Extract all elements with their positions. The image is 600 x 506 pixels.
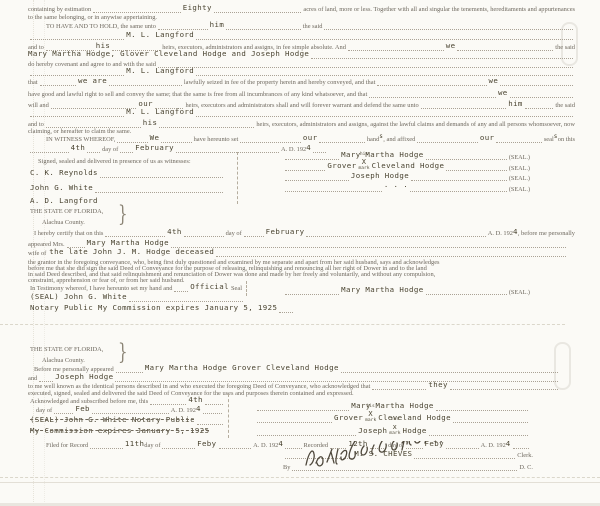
fold-crease (0, 324, 565, 325)
column-divider (246, 281, 247, 296)
typed-grantee-name: M. L. Langford (126, 67, 194, 75)
typed-signature: Hodge (402, 427, 426, 435)
typed-fill: We (150, 134, 160, 142)
state-heading: THE STATE OF FLORIDA, (30, 346, 103, 354)
printed-text: day of (226, 230, 242, 238)
column-divider (228, 394, 229, 438)
typed-name: Mary Martha Hodge (87, 239, 169, 247)
form-line: Notary Public My Commission expires Janu… (30, 304, 295, 314)
typed-grantee-name: M. L. Langford (126, 108, 194, 116)
printed-text: lawfully seized in fee of the property h… (184, 79, 375, 87)
typed-fill: him (508, 100, 523, 108)
form-line: day of Feb A. D. 192 4 (36, 405, 224, 415)
deed-page: containing by estimation Eighty acres of… (0, 0, 600, 506)
printed-text: I hereby certify that on this (34, 230, 103, 238)
typed-name: the late John J. M. Hodge deceased (49, 248, 214, 256)
typed-witness-name: A. D. Langford (30, 197, 98, 205)
form-line: I hereby certify that on this 4th day of… (34, 228, 575, 238)
signature-row: · · · (SEAL.) (283, 183, 530, 193)
brace-icon: } (118, 339, 128, 366)
form-line: M. L. Langford (28, 108, 575, 118)
state-heading: THE STATE OF FLORIDA, (30, 208, 103, 216)
form-line: My Commission expires January 5, 1925 (30, 427, 225, 437)
deputy-clerk-signature (300, 441, 520, 471)
typed-fill: we (498, 89, 508, 97)
seal-label: (SEAL.) (509, 175, 530, 182)
printed-text: A. D. 192 (253, 442, 278, 450)
witness-row: C. K. Reynolds (30, 169, 225, 179)
form-line: M. L. Langford (28, 31, 575, 41)
typed-fill: we (446, 42, 456, 50)
his-mark-annotation: his X mark (358, 151, 369, 173)
typed-fill: we are (78, 77, 107, 85)
printed-text: Signed, sealed and delivered in presence… (38, 158, 191, 166)
witness-row: John G. White (30, 184, 225, 194)
typed-signature: Grover (327, 162, 356, 170)
typed-signature: Joseph Hodge (351, 172, 409, 180)
printed-text: , and affixed (383, 136, 415, 144)
printed-text: seal (544, 136, 554, 144)
typed-year: 4 (196, 405, 201, 413)
printed-text: day of (144, 442, 160, 450)
printed-text: the said (303, 23, 323, 31)
typed-names: Mary Martha Hodge Grover Cleveland Hodge (145, 364, 339, 372)
form-line: THE STATE OF FLORIDA, (30, 344, 150, 354)
county-heading: Alachua County. (42, 219, 85, 227)
printed-text: Seal (231, 285, 242, 293)
seal-label: (SEAL.) (509, 186, 530, 193)
typed-day: 4th (167, 228, 182, 236)
printed-text: A. D. 192 (171, 407, 196, 415)
typed-struck-notary: (SEAL) John G. White Notary Public (30, 416, 195, 424)
printed-text: that (28, 79, 38, 87)
fold-crease (0, 477, 600, 478)
typed-signature: Grover (334, 414, 363, 422)
fold-crease (0, 482, 600, 483)
typed-grantor-names: Mary Martha Hodge, Glover Cleveland Hodg… (28, 50, 309, 58)
typed-month: February (266, 228, 305, 236)
his-mark-annotation: his x mark (389, 416, 400, 438)
typed-fill: him (210, 21, 225, 29)
typed-fill: our (303, 134, 318, 142)
signature-row: Joseph Hodge (SEAL.) (283, 172, 530, 182)
typed-fill: Official (190, 283, 229, 291)
typed-month: Feby (197, 440, 216, 448)
his-mark-annotation: his X mark (365, 403, 376, 425)
printed-text: have good and lawful right to sell and c… (28, 91, 367, 99)
typed-signature: Mary Martha Hodge (351, 402, 433, 410)
typed-name: Joseph Hodge (55, 373, 113, 381)
typed-struck-commission: My Commission expires January 5, 1925 (30, 427, 209, 435)
printed-text: By (283, 464, 290, 472)
signature-row: Joseph his x mark Hodge (255, 423, 530, 437)
typed-acreage: Eighty (183, 4, 212, 12)
printed-text: day of (36, 407, 52, 415)
typed-fill: our (480, 134, 495, 142)
printed-dc-label: D. C. (519, 464, 533, 472)
form-line: THE STATE OF FLORIDA, (30, 206, 150, 216)
form-line: that we are lawfully seized in fee of th… (28, 77, 575, 87)
form-line: (SEAL) John G. White Notary Public (30, 416, 225, 426)
printed-text: hand (367, 136, 379, 144)
typed-day: 4th (188, 396, 203, 404)
column-divider (237, 152, 238, 204)
brace-icon: } (118, 201, 128, 228)
seal-label: (SEAL.) (509, 289, 530, 296)
signature-row: Grover his X mark Cleveland Hodge (SEAL.… (283, 158, 530, 172)
typed-year: 4 (278, 440, 283, 448)
typed-signature: Cleveland Hodge (372, 162, 445, 170)
typed-notary-name: (SEAL) John G. White (30, 293, 127, 301)
printed-text: have hereunto set (194, 136, 239, 144)
typed-witness-name: John G. White (30, 184, 93, 192)
typed-month: Feb (75, 405, 90, 413)
typed-signature: Mary Martha Hodge (341, 286, 423, 294)
typed-day: 4th (71, 144, 86, 152)
printed-text: A. D. 192 (488, 230, 513, 238)
typed-fill: we (489, 77, 499, 85)
typed-grantee-name: M. L. Langford (126, 31, 194, 39)
typed-month: February (135, 144, 174, 152)
printed-text: day of (102, 146, 118, 154)
signature-row: Mary Martha Hodge (SEAL.) (283, 286, 530, 296)
printed-text: on this (558, 136, 575, 144)
typed-signature: Joseph (358, 427, 387, 435)
seal-label: (SEAL.) (509, 165, 530, 172)
form-line: Signed, sealed and delivered in presence… (38, 156, 238, 166)
printed-text: Filed for Record (46, 442, 88, 450)
form-line: have good and lawful right to sell and c… (28, 89, 575, 99)
printed-text: , before me personally (518, 230, 575, 238)
form-line: (SEAL) John G. White (30, 293, 245, 303)
typed-notary-commission: Notary Public My Commission expires Janu… (30, 304, 277, 312)
typed-day: 11th (125, 440, 144, 448)
typed-dots: · · · (384, 183, 408, 191)
typed-witness-name: C. K. Reynolds (30, 169, 98, 177)
